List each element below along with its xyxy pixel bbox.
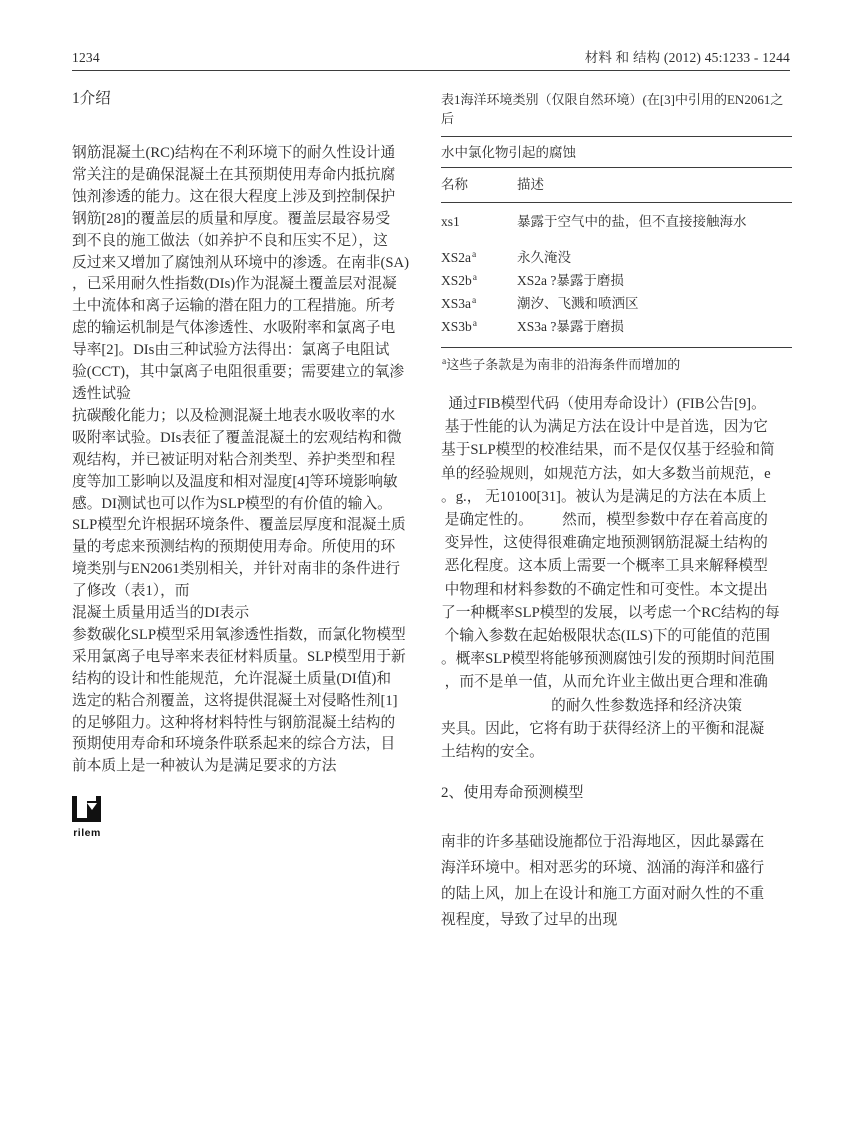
text-line: 夹具。因此，它将有助于获得经济上的平衡和混凝 [441, 718, 792, 741]
text-line: 常关注的是确保混凝土在其预期使用寿命内抵抗腐 [72, 165, 430, 187]
table-row: XS2aa永久淹没 [441, 246, 792, 269]
text-line: 变异性，这使得很难确定地预测钢筋混凝土结构的 [441, 532, 792, 555]
introduction-paragraph: 钢筋混凝土(RC)结构在不利环境下的耐久性设计通常关注的是确保混凝土在其预期使用… [72, 143, 430, 778]
body-paragraph: 通过FIB模型代码（使用寿命设计）(FIB公告[9]。 基于性能的认为满足方法在… [441, 393, 792, 764]
text-line: 表1海洋环境类别（仅限自然环境）(在[3]中引用的EN2061之 [441, 90, 792, 109]
closing-paragraph: 南非的许多基础设施都位于沿海地区，因此暴露在海洋环境中。相对恶劣的环境、汹涌的海… [441, 829, 792, 933]
superscript-marker: a [472, 296, 476, 306]
text-line: 的陆上风，加上在设计和施工方面对耐久性的不重 [441, 881, 792, 907]
text-line: 钢筋混凝土(RC)结构在不利环境下的耐久性设计通 [72, 143, 430, 165]
text-line: ，而不是单一值，从而允许业主做出更合理和准确 [441, 671, 792, 694]
env-class-desc: 暴露于空气中的盐，但不直接接触海水 [517, 210, 792, 233]
table-section-band: 水中氯化物引起的腐蚀 [441, 137, 792, 167]
table-1: 表1海洋环境类别（仅限自然环境）(在[3]中引用的EN2061之后 水中氯化物引… [441, 90, 792, 373]
table-row: XS2baXS2a ?暴露于磨损 [441, 269, 792, 292]
text-line: 。概率SLP模型将能够预测腐蚀引发的预期时间范围 [441, 648, 792, 671]
table-footnote: a这些子条款是为南非的沿海条件而增加的 [441, 348, 792, 373]
paper-page: 1234 材料 和 结构 (2012) 45:1233 - 1244 1介绍 钢… [0, 0, 851, 1146]
journal-reference: 材料 和 结构 (2012) 45:1233 - 1244 [585, 46, 790, 66]
text-line: 度等加工影响以及温度和相对湿度[4]等环境影响敏 [72, 472, 430, 494]
text-line: 透性试验 [72, 384, 430, 406]
table-header-row: 名称 描述 [441, 168, 792, 202]
env-class-name: XS3ba [441, 315, 517, 338]
text-line: 是确定性的。 然而，模型参数中存在着高度的 [441, 509, 792, 532]
text-line: 量的考虑来预测结构的预期使用寿命。所使用的环 [72, 537, 430, 559]
rilem-logo-icon [72, 796, 101, 822]
text-line: 选定的粘合剂覆盖，这将提供混凝土对侵略性剂[1] [72, 691, 430, 713]
text-line: 到不良的施工做法（如养护不良和压实不足），这 [72, 231, 430, 253]
footnote-text: 这些子条款是为南非的沿海条件而增加的 [446, 357, 680, 372]
superscript-marker: a [473, 273, 477, 283]
text-line: 验(CCT)，其中氯离子电阻很重要；需要建立的氧渗 [72, 362, 430, 384]
text-line: 混凝土质量用适当的DI表示 [72, 603, 430, 625]
table-row: xs1暴露于空气中的盐，但不直接接触海水 [441, 210, 792, 233]
table-row: XS3aa潮汐、飞溅和喷洒区 [441, 292, 792, 315]
text-line: 个输入参数在起始极限状态(ILS)下的可能值的范围 [441, 625, 792, 648]
text-line: 虑的输运机制是气体渗透性、水吸附率和氯离子电 [72, 318, 430, 340]
text-line: 恶化程度。这本质上需要一个概率工具来解释模型 [441, 555, 792, 578]
column-header-name: 名称 [441, 173, 517, 196]
text-line: 后 [441, 109, 792, 128]
text-line: SLP模型允许根据环境条件、覆盖层厚度和混凝土质 [72, 515, 430, 537]
env-class-desc: 永久淹没 [517, 246, 792, 269]
text-line: 了一种概率SLP模型的发展，以考虑一个RC结构的每 [441, 602, 792, 625]
table-row: XS3baXS3a ?暴露于磨损 [441, 315, 792, 338]
text-line: 感。DI测试也可以作为SLP模型的有价值的输入。 [72, 494, 430, 516]
text-line: 反过来又增加了腐蚀剂从环境中的渗透。在南非(SA) [72, 253, 430, 275]
superscript-marker: a [473, 319, 477, 329]
env-class-name: XS2aa [441, 246, 517, 269]
text-line: 采用氯离子电导率来表征材料质量。SLP模型用于新 [72, 647, 430, 669]
page-number: 1234 [72, 50, 100, 66]
text-line: 参数碳化SLP模型采用氧渗透性指数，而氯化物模型 [72, 625, 430, 647]
left-column: 1介绍 钢筋混凝土(RC)结构在不利环境下的耐久性设计通常关注的是确保混凝土在其… [72, 86, 430, 838]
text-line: 单的经验规则，如规范方法，如大多数当前规范，e [441, 463, 792, 486]
text-line: 的足够阻力。这种将材料特性与钢筋混凝土结构的 [72, 713, 430, 735]
superscript-marker: a [472, 250, 476, 260]
column-header-desc: 描述 [517, 173, 792, 196]
text-line: 土结构的安全。 [441, 741, 792, 764]
table-caption: 表1海洋环境类别（仅限自然环境）(在[3]中引用的EN2061之后 [441, 90, 792, 128]
env-class-desc: XS2a ?暴露于磨损 [517, 269, 792, 292]
text-line: 吸附率试验。DIs表征了覆盖混凝土的宏观结构和微 [72, 428, 430, 450]
text-line: 钢筋[28]的覆盖层的质量和厚度。覆盖层最容易受 [72, 209, 430, 231]
right-column: 表1海洋环境类别（仅限自然环境）(在[3]中引用的EN2061之后 水中氯化物引… [441, 90, 792, 933]
text-line: 南非的许多基础设施都位于沿海地区，因此暴露在 [441, 829, 792, 855]
text-line: 蚀剂渗透的能力。这在很大程度上涉及到控制保护 [72, 187, 430, 209]
text-line: 抗碳酸化能力；以及检测混凝土地表水吸收率的水 [72, 406, 430, 428]
text-line: 基于SLP模型的校准结果，而不是仅仅基于经验和简 [441, 439, 792, 462]
text-line: 中物理和材料参数的不确定性和可变性。本文提出 [441, 579, 792, 602]
text-line: 海洋环境中。相对恶劣的环境、汹涌的海洋和盛行 [441, 855, 792, 881]
text-line: 。g.， 无10100[31]。被认为是满足的方法在本质上 [441, 486, 792, 509]
text-line: 视程度，导致了过早的出现 [441, 907, 792, 933]
text-line: 结构的设计和性能规范，允许混凝土质量(DI值)和 [72, 669, 430, 691]
env-class-name: XS3aa [441, 292, 517, 315]
text-line: 的耐久性参数选择和经济决策 [441, 695, 792, 718]
text-line: 通过FIB模型代码（使用寿命设计）(FIB公告[9]。 [441, 393, 792, 416]
text-line: 前本质上是一种被认为是满足要求的方法 [72, 756, 430, 778]
text-line: ，已采用耐久性指数(DIs)作为混凝土覆盖层对混凝 [72, 274, 430, 296]
env-class-desc: XS3a ?暴露于磨损 [517, 315, 792, 338]
text-line: 土中流体和离子运输的潜在阻力的工程措施。所考 [72, 296, 430, 318]
section-1-heading: 1介绍 [72, 86, 430, 108]
text-line: 境类别与EN2061类别相关，并针对南非的条件进行 [72, 559, 430, 581]
env-class-desc: 潮汐、飞溅和喷洒区 [517, 292, 792, 315]
text-line: 基于性能的认为满足方法在设计中是首选，因为它 [441, 416, 792, 439]
env-class-name: xs1 [441, 210, 517, 233]
rilem-logo: rilem [72, 796, 102, 838]
text-line: 导率[2]。DIs由三种试验方法得出：氯离子电阻试 [72, 340, 430, 362]
section-2-heading: 2、使用寿命预测模型 [441, 781, 792, 802]
text-line: 观结构，并已被证明对粘合剂类型、养护类型和程 [72, 450, 430, 472]
table-body: xs1暴露于空气中的盐，但不直接接触海水XS2aa永久淹没XS2baXS2a ?… [441, 203, 792, 347]
rilem-logo-text: rilem [72, 828, 102, 838]
text-line: 了修改（表1），而 [72, 581, 430, 603]
running-head: 1234 材料 和 结构 (2012) 45:1233 - 1244 [72, 46, 790, 71]
env-class-name: XS2ba [441, 269, 517, 292]
text-line: 预期使用寿命和环境条件联系起来的综合方法，目 [72, 734, 430, 756]
